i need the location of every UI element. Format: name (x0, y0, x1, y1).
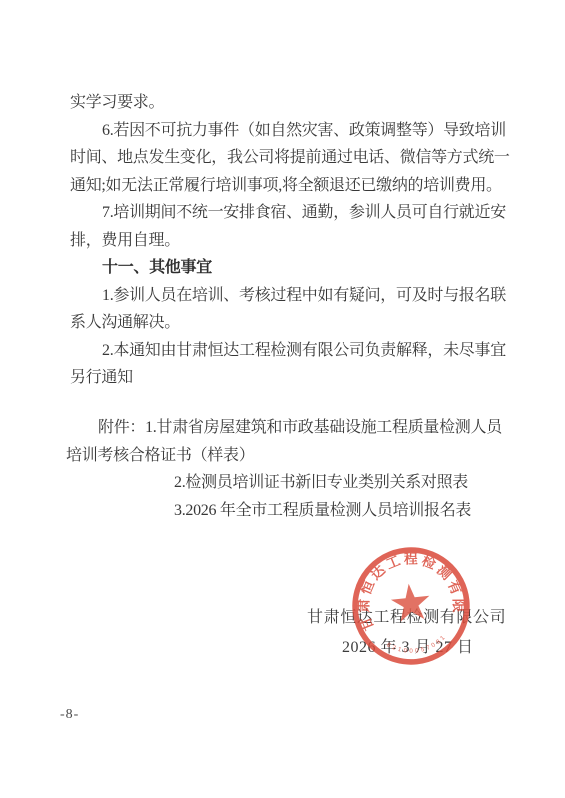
body-line: 另行通知 (70, 364, 514, 392)
attachment-line: 3.2026 年全市工程质量检测人员培训报名表 (66, 497, 516, 525)
body-line: 7.培训期间不统一安排食宿、通勤，参训人员可自行就近安 (70, 199, 514, 227)
body-line: 系人沟通解决。 (70, 309, 514, 337)
page-number-footer: -8- (60, 707, 79, 723)
body-line: 2.本通知由甘肃恒达工程检测有限公司负责解释，未尽事宜 (70, 337, 514, 365)
body-line: 通知;如无法正常履行培训事项,将全额退还已缴纳的培训费用。 (70, 172, 514, 200)
attachment-line: 附件：1.甘肃省房屋建筑和市政基础设施工程质量检测人员 (66, 414, 516, 442)
body-line: 排，费用自理。 (70, 227, 514, 255)
body-line: 时间、地点发生变化，我公司将提前通过电话、微信等方式统一 (70, 144, 514, 172)
attachment-line: 培训考核合格证书（样表） (66, 442, 516, 470)
body-line: 6.若因不可抗力事件（如自然灾害、政策调整等）导致培训 (70, 117, 514, 145)
body-line: 实学习要求。 (70, 89, 514, 117)
document-body: 实学习要求。 6.若因不可抗力事件（如自然灾害、政策调整等）导致培训 时间、地点… (70, 89, 514, 392)
signature-date: 2026 年 3 月 27 日 (342, 634, 474, 657)
document-page: 实学习要求。 6.若因不可抗力事件（如自然灾害、政策调整等）导致培训 时间、地点… (0, 0, 565, 798)
attachment-block: 附件：1.甘肃省房屋建筑和市政基础设施工程质量检测人员 培训考核合格证书（样表）… (66, 414, 516, 524)
signature-company-name: 甘肃恒达工程检测有限公司 (307, 604, 506, 627)
body-line: 1.参训人员在培训、考核过程中如有疑问，可及时与报名联 (70, 282, 514, 310)
section-heading: 十一、其他事宜 (70, 254, 514, 282)
attachment-line: 2.检测员培训证书新旧专业类别关系对照表 (66, 469, 516, 497)
